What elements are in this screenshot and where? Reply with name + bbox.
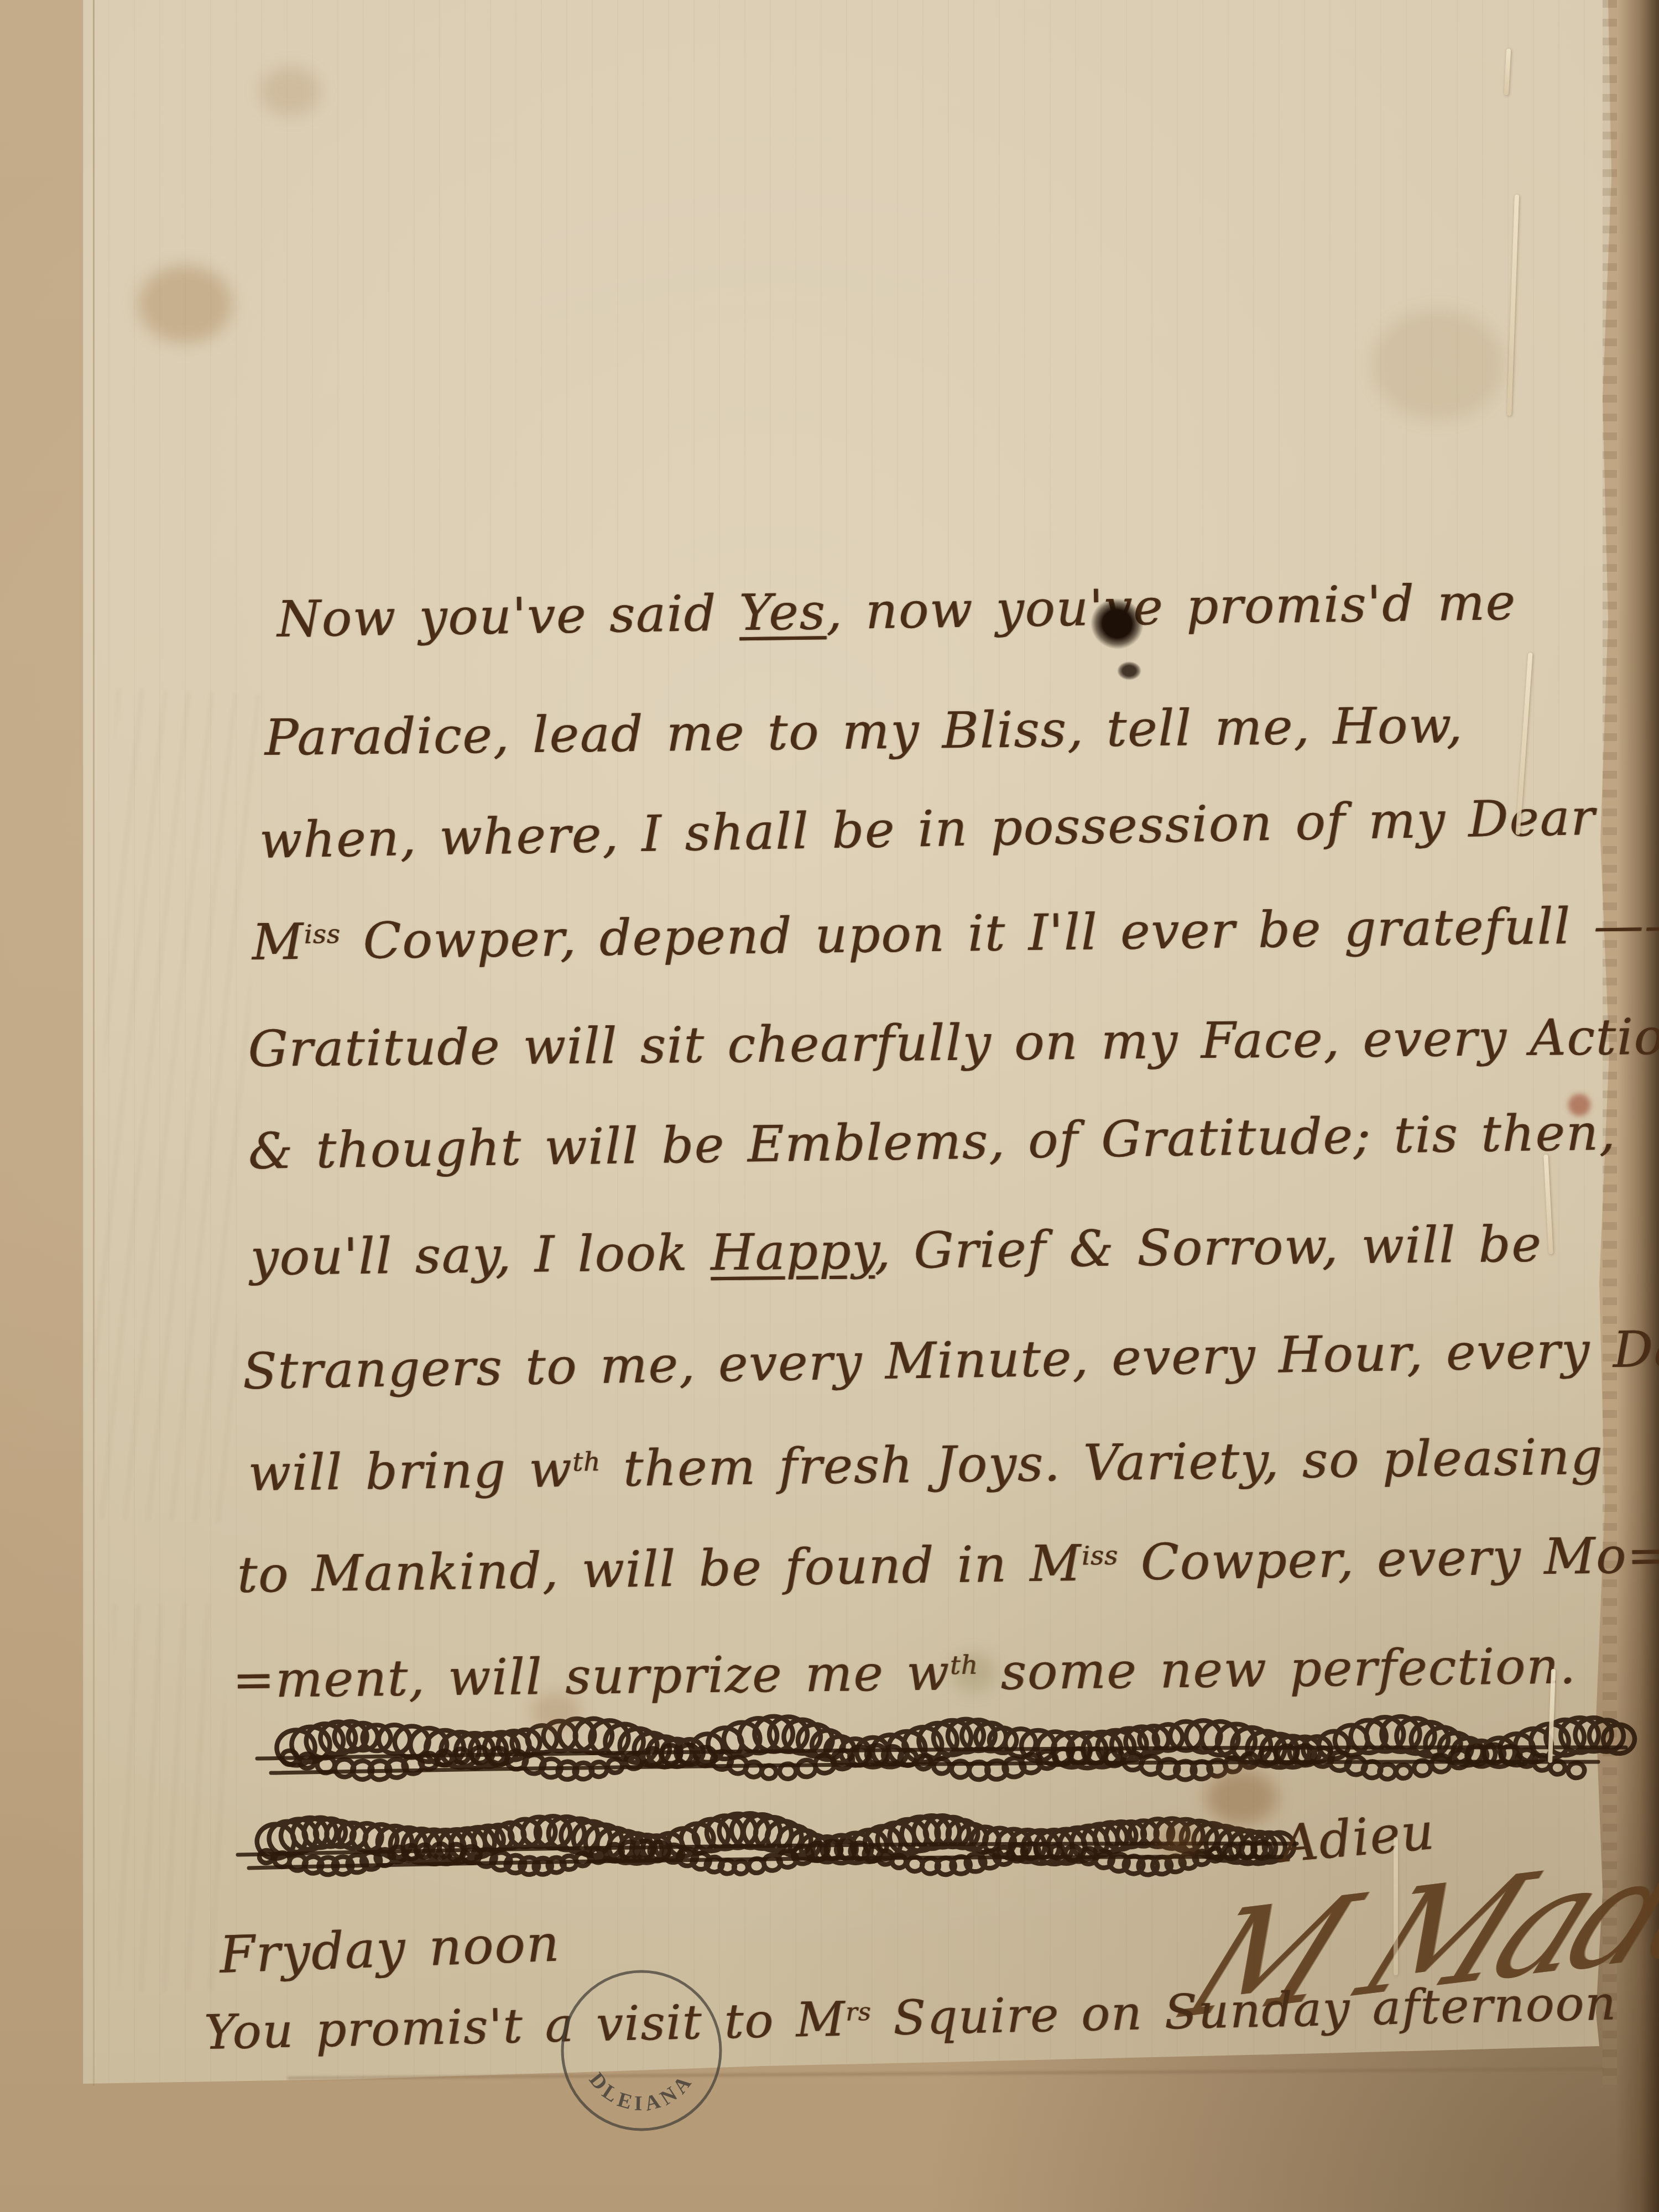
text-segment: to Mankind, will be found in M [237, 1535, 1082, 1604]
text-segment: , now you've promis'd me [826, 573, 1517, 641]
stain [260, 66, 321, 116]
stain [951, 1653, 995, 1692]
ink-blot [1117, 661, 1141, 680]
text-segment: them fresh Joys. Variety, so pleasing [601, 1428, 1604, 1498]
text-segment: you'll say, I look [250, 1224, 711, 1287]
stain [1156, 1825, 1200, 1858]
dateline: Fryday noon [218, 1914, 561, 1985]
library-stamp: DLEIANA [554, 2065, 731, 2140]
underlined-word: Yes [739, 583, 826, 642]
superscript: rs [845, 1997, 871, 2027]
ink-show-through [88, 689, 260, 1523]
underlined-word: Happy [710, 1222, 874, 1282]
text-segment: Gratitude will sit chearfully on my Face… [248, 1008, 1659, 1078]
text-segment: , Grief & Sorrow, will be [874, 1215, 1542, 1281]
scribble-redaction-line-1 [257, 1717, 1635, 1780]
sheet-left-fold-crease [93, 0, 95, 2086]
stain [1568, 1094, 1590, 1116]
stain [1206, 1770, 1277, 1825]
text-segment: Cowper, every Mo= [1118, 1526, 1659, 1592]
stain [531, 1692, 581, 1731]
superscript: iss [304, 920, 341, 950]
manuscript-line-5: Gratitude will sit chearfully on my Face… [248, 1008, 1659, 1078]
text-segment: M [252, 913, 304, 972]
text-segment: Now you've said [276, 584, 739, 649]
fold-crease-thread [1394, 1837, 1398, 1975]
letter-photograph: Now you've said Yes, now you've promis'd… [0, 0, 1659, 2212]
stain [138, 265, 232, 343]
scribble-redaction-line-2 [238, 1813, 1297, 1875]
superscript: th [572, 1447, 601, 1478]
stamp-text: DLEIANA [585, 2068, 698, 2116]
text-segment: will bring w [248, 1441, 573, 1503]
stain [1371, 310, 1504, 420]
superscript: iss [1082, 1541, 1119, 1572]
